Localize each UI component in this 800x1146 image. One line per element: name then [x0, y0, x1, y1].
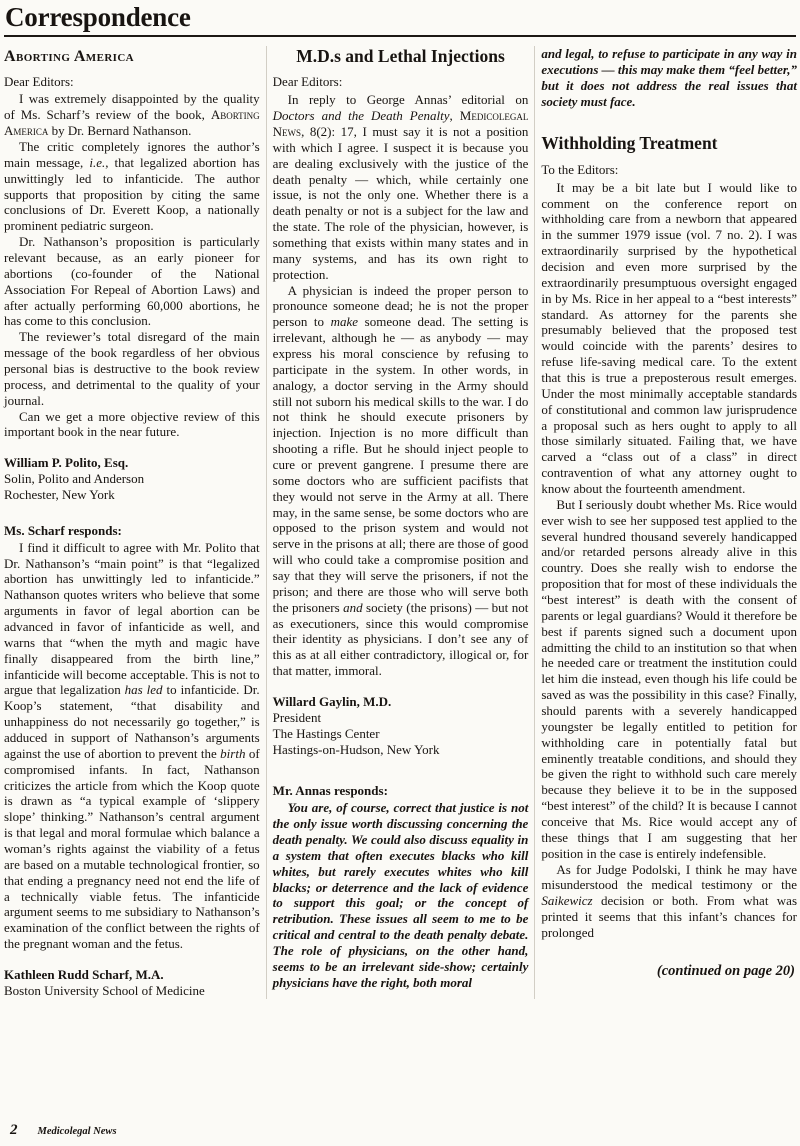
column-divider: [534, 46, 535, 999]
letter2-response-heading: Mr. Annas responds:: [273, 783, 529, 799]
column-divider: [266, 46, 267, 999]
letter1-paragraph: Dr. Nathanson’s proposition is particula…: [4, 234, 260, 329]
signature-line: President: [273, 710, 529, 726]
journal-name: Medicolegal News: [38, 1126, 117, 1137]
page-number: 2: [10, 1122, 18, 1139]
signature-scharf: Kathleen Rudd Scharf, M.A. Boston Univer…: [4, 967, 260, 999]
letter2-salutation: Dear Editors:: [273, 74, 529, 90]
column-layout: Aborting America Dear Editors: I was ext…: [0, 37, 800, 999]
letter2-heading: M.D.s and Lethal Injections: [273, 46, 529, 67]
continued-note: (continued on page 20): [541, 963, 797, 981]
letter1-paragraph: Can we get a more objective review of th…: [4, 409, 260, 441]
letter1-paragraph: The reviewer’s total disregard of the ma…: [4, 329, 260, 408]
signature-line: Boston University School of Medicine: [4, 983, 260, 999]
signature-name: William P. Polito, Esq.: [4, 455, 260, 471]
signature-name: Kathleen Rudd Scharf, M.A.: [4, 967, 260, 983]
signature-line: Solin, Polito and Anderson: [4, 471, 260, 487]
signature-gaylin: Willard Gaylin, M.D. President The Hasti…: [273, 694, 529, 757]
letter1-response-paragraph: I find it difficult to agree with Mr. Po…: [4, 540, 260, 952]
letter1-paragraph: The critic completely ignores the author…: [4, 139, 260, 234]
letter1-salutation: Dear Editors:: [4, 74, 260, 90]
letter2-paragraph: In reply to George Annas’ editorial on D…: [273, 92, 529, 282]
letter3-paragraph: It may be a bit late but I would like to…: [541, 180, 797, 497]
letter1-response-heading: Ms. Scharf responds:: [4, 523, 260, 539]
letter1-paragraph: I was extremely disappointed by the qual…: [4, 91, 260, 139]
signature-line: Rochester, New York: [4, 487, 260, 503]
letter2-response-continuation: and legal, to refuse to participate in a…: [541, 46, 797, 109]
masthead: Correspondence: [0, 0, 800, 37]
signature-name: Willard Gaylin, M.D.: [273, 694, 529, 710]
column-3: and legal, to refuse to participate in a…: [541, 46, 797, 999]
letter3-salutation: To the Editors:: [541, 162, 797, 178]
letter3-heading: Withholding Treatment: [541, 133, 797, 154]
column-2: M.D.s and Lethal Injections Dear Editors…: [273, 46, 529, 999]
letter2-paragraph: A physician is indeed the proper person …: [273, 283, 529, 679]
letter2-response-paragraph: You are, of course, correct that justice…: [273, 800, 529, 990]
journal-page: { "masthead": { "title": "Correspondence…: [0, 0, 800, 1146]
letter3-paragraph: As for Judge Podolski, I think he may ha…: [541, 862, 797, 941]
letter1-heading: Aborting America: [4, 47, 260, 67]
signature-line: Hastings-on-Hudson, New York: [273, 742, 529, 758]
column-1: Aborting America Dear Editors: I was ext…: [4, 46, 260, 999]
page-title: Correspondence: [4, 2, 796, 33]
letter3-paragraph: But I seriously doubt whether Ms. Rice w…: [541, 497, 797, 862]
signature-line: The Hastings Center: [273, 726, 529, 742]
page-footer: 2 Medicolegal News: [10, 1122, 117, 1139]
signature-polito: William P. Polito, Esq. Solin, Polito an…: [4, 455, 260, 503]
